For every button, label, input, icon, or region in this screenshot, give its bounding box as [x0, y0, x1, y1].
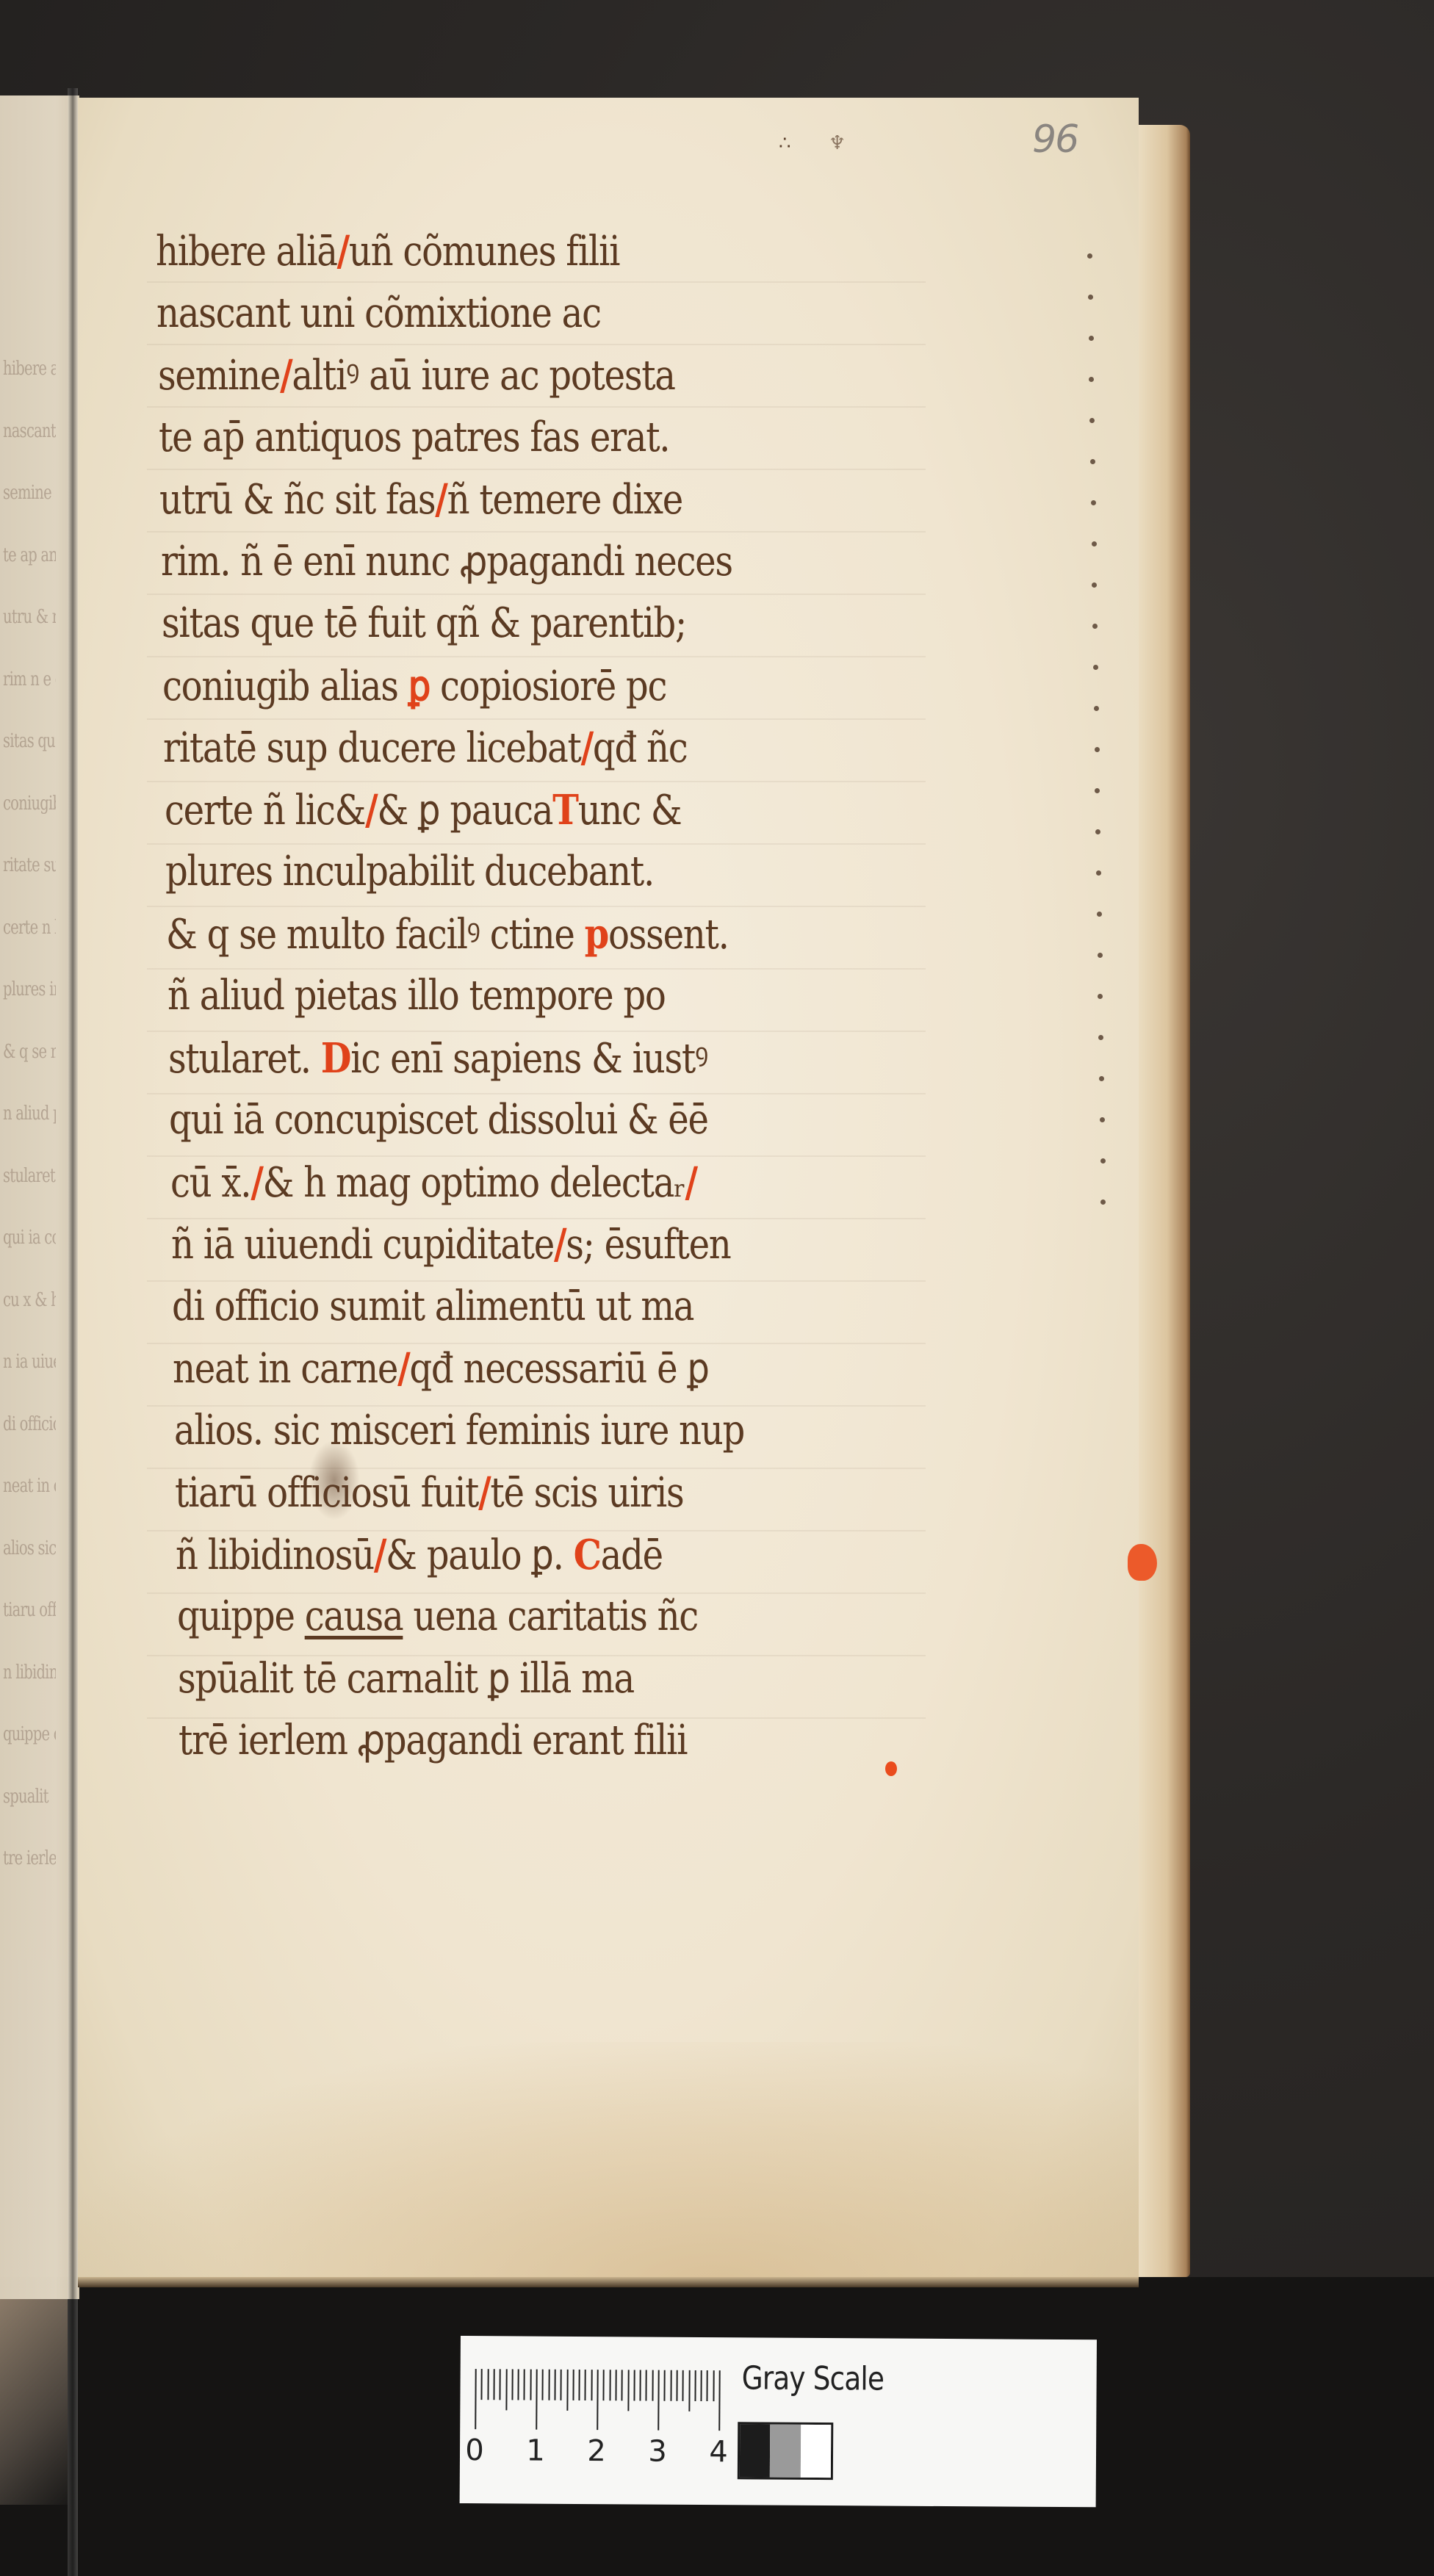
bleed-line: nascant uni: [3, 400, 56, 463]
bleed-line: te ap antiq: [3, 524, 56, 587]
text-segment: spūalit tē carnalit ꝑ illā ma: [178, 1655, 634, 1703]
ruler-tick: [670, 2370, 671, 2401]
ruler-tick: [615, 2370, 616, 2400]
previous-page-text-bleed: hibere alianascant unisemine altite ap a…: [3, 338, 56, 1890]
bleed-line: n aliud p: [3, 1083, 56, 1145]
ruler-tick: [652, 2370, 653, 2401]
text-segment: & q se multo facilꝰ ctine: [166, 911, 585, 959]
centimeter-ruler: 01234: [475, 2369, 721, 2458]
ruler-tick: [718, 2370, 721, 2431]
manuscript-line: trē ierlem ꝓpagandi erant filii: [179, 1710, 816, 1772]
bleed-line: tiaru offi: [3, 1579, 56, 1642]
bleed-line: spualit: [3, 1766, 56, 1828]
red-ink-dot: [885, 1761, 897, 1776]
previous-page-shadow: [0, 2299, 68, 2505]
gray-scale-swatches: [738, 2422, 833, 2480]
manuscript-line: sitas que tē fuit qñ & parentib;: [162, 593, 814, 655]
prick-mark: [1100, 1117, 1105, 1122]
text-segment: plures inculpabilit ducebant.: [165, 848, 654, 895]
manuscript-line: ñ libidinosū/& paulo ꝑ. Cadē: [176, 1524, 815, 1587]
ruler-tick: [548, 2370, 550, 2400]
manuscript-line: neat in carne/qđ necessariū ē ꝑ: [173, 1338, 815, 1400]
bleed-line: qui ia co: [3, 1207, 56, 1269]
ruler-tick: [713, 2370, 714, 2401]
ruler-tick: [682, 2370, 684, 2401]
text-segment: ritatē sup ducere licebat: [163, 724, 581, 772]
text-segment: alios. sic misceri feminis iure nup: [174, 1407, 744, 1454]
prick-mark: [1089, 336, 1094, 341]
rubric-mark: /: [478, 1468, 490, 1517]
rubric-mark: /: [685, 1158, 696, 1207]
text-segment: tē scis uiris: [490, 1469, 683, 1517]
rubric-mark: D: [321, 1034, 350, 1083]
manuscript-line: te ap̄ antiquos patres fas erat.: [159, 407, 813, 469]
rubric-mark: p: [585, 910, 608, 959]
text-segment: stularet.: [168, 1035, 321, 1083]
bleed-line: n ia uiue: [3, 1331, 56, 1393]
ruler-tick: [640, 2370, 641, 2400]
text-segment: uñ cõmunes filii: [349, 228, 619, 275]
text-segment: ossent.: [608, 911, 729, 959]
ruler-tick: [591, 2370, 592, 2400]
text-segment: ñ iā uiuendi cupiditate: [171, 1221, 554, 1269]
ruler-tick: [487, 2369, 489, 2400]
rubric-mark: /: [374, 1531, 386, 1579]
rubric-mark: /: [337, 227, 349, 275]
ruler-tick: [657, 2370, 660, 2431]
text-segment: di officio sumit alimentū ut ma: [172, 1282, 693, 1330]
text-segment: unc &: [577, 787, 681, 834]
text-segment: copiosiorē pc: [430, 663, 666, 710]
rubric-mark: /: [397, 1344, 409, 1393]
bleed-line: coniugib: [3, 773, 56, 835]
text-segment: altiꝰ aū iure ac potesta: [292, 352, 674, 400]
text-segment: te ap̄ antiquos patres fas erat.: [159, 414, 669, 461]
manuscript-text-block: hibere aliā/uñ cõmunes filiinascant uni …: [156, 220, 920, 1772]
ruler-tick: [597, 2370, 599, 2430]
prick-mark: [1096, 870, 1101, 876]
text-segment: trē ierlem ꝓpagandi erant filii: [179, 1717, 687, 1764]
bleed-line: rim n e enj: [3, 649, 56, 711]
manuscript-line: ritatē sup ducere licebat/qđ ñc: [163, 717, 813, 779]
prick-mark: [1087, 253, 1092, 259]
ruler-tick: [524, 2370, 525, 2400]
manuscript-line: plures inculpabilit ducebant.: [165, 841, 814, 903]
prick-mark: [1100, 1158, 1106, 1163]
manuscript-line: certe ñ lic&/& ꝑ paucaTunc &: [165, 779, 814, 842]
ruler-tick: [505, 2369, 507, 2410]
bleed-line: quippe ca: [3, 1703, 56, 1766]
ruler-tick: [530, 2370, 531, 2400]
ruler-tick: [511, 2369, 513, 2400]
manuscript-line: di officio sumit alimentū ut ma: [172, 1276, 815, 1338]
ruler-tick: [542, 2370, 544, 2400]
ruler-tick: [676, 2370, 677, 2401]
text-segment: ñ aliud pietas illo tempore po: [167, 972, 666, 1020]
ruler-tick: [621, 2370, 623, 2400]
ruler-tick: [572, 2370, 574, 2400]
manuscript-line: tiarū officiosū fuit/tē scis uiris: [175, 1462, 815, 1524]
text-segment: utrū & ñc sit fas: [159, 476, 435, 524]
ruler-tick: [701, 2370, 702, 2401]
prick-mark: [1093, 665, 1098, 670]
ruler-tick: [603, 2370, 605, 2400]
ruler-tick: [554, 2370, 555, 2400]
manuscript-line: alios. sic misceri feminis iure nup: [174, 1400, 815, 1462]
ruler-tick: [627, 2370, 629, 2411]
prick-mark: [1095, 747, 1100, 752]
rubric-mark: /: [435, 475, 447, 524]
top-mark-flourish: ♆: [829, 132, 846, 154]
top-mark-dots: ∴: [779, 132, 791, 154]
bleed-line: utru & nc s: [3, 586, 56, 649]
ruler-label: 1: [526, 2434, 545, 2468]
bleed-line: ritate sup: [3, 834, 56, 897]
rubric-mark: /: [280, 351, 292, 400]
scale-card: 01234 Gray Scale: [460, 2336, 1097, 2507]
rubric-mark: C: [574, 1531, 601, 1579]
folio-right-edge: [1139, 125, 1190, 2277]
gray-swatch: [800, 2425, 831, 2478]
text-segment: certe ñ lic&: [165, 787, 365, 834]
ruler-tick: [664, 2370, 666, 2401]
gray-swatch: [740, 2424, 771, 2477]
bleed-line: n libidin: [3, 1642, 56, 1704]
prick-mark: [1097, 912, 1102, 917]
ruler-tick: [493, 2369, 494, 2400]
ruler-tick: [707, 2370, 708, 2401]
manuscript-line: spūalit tē carnalit ꝑ illā ma: [178, 1648, 816, 1711]
gray-scale-label: Gray Scale: [741, 2359, 884, 2398]
ruler-tick: [609, 2370, 610, 2400]
text-segment: adē: [601, 1531, 663, 1579]
ruler-tick: [633, 2370, 635, 2400]
ruler-tick: [518, 2369, 519, 2400]
ruler-tick: [585, 2370, 586, 2400]
text-segment: & ꝑ pauca: [377, 787, 552, 834]
prick-mark: [1098, 953, 1103, 958]
rubric-mark: /: [581, 724, 593, 772]
text-segment: causa: [304, 1592, 403, 1640]
text-segment: qui iā concupiscet dissolui & ēē: [169, 1096, 708, 1144]
bleed-line: tre ierle: [3, 1828, 56, 1890]
text-segment: rim. ñ ē enī nunc ꝓpagandi neces: [161, 538, 732, 585]
prick-mark: [1088, 295, 1093, 300]
red-ink-blot: [1128, 1544, 1157, 1581]
ruler-tick: [481, 2369, 483, 2400]
ruler-tick: [500, 2369, 501, 2400]
ruler-tick: [561, 2370, 562, 2400]
ruler-label: 2: [587, 2434, 606, 2468]
folio-bottom-edge: [78, 2277, 1139, 2287]
rubric-mark: /: [365, 786, 377, 834]
text-segment: coniugib alias: [162, 663, 408, 710]
text-segment: ic enī sapiens & iustꝰ: [350, 1035, 707, 1083]
bleed-line: semine alti: [3, 462, 56, 524]
rubric-mark: T: [552, 786, 578, 834]
folio-number: 96: [1032, 118, 1078, 162]
manuscript-line: quippe causa uena caritatis ñc: [177, 1586, 816, 1648]
ruler-label: 0: [465, 2434, 484, 2467]
manuscript-line: hibere aliā/uñ cõmunes filii: [156, 220, 813, 283]
manuscript-line: nascant uni cõmixtione ac: [156, 283, 813, 345]
ruler-tick: [694, 2370, 696, 2401]
text-segment: cū x̄.: [170, 1159, 251, 1207]
text-segment: & h mag optimo delectaᵣ: [262, 1159, 685, 1207]
ruler-tick: [579, 2370, 580, 2400]
manuscript-line: stularet. Dic enī sapiens & iustꝰ: [168, 1028, 815, 1090]
rubric-mark: /: [251, 1158, 262, 1207]
bleed-line: cu x & h: [3, 1269, 56, 1332]
text-segment: hibere aliā: [156, 228, 337, 275]
manuscript-line: utrū & ñc sit fas/ñ temere dixe: [159, 469, 813, 531]
bleed-line: plures in: [3, 959, 56, 1021]
bleed-line: & q se mu: [3, 1021, 56, 1083]
ruler-label: 4: [709, 2435, 728, 2469]
text-segment: qđ necessariū ē ꝑ: [410, 1345, 709, 1393]
bleed-line: stularet.: [3, 1145, 56, 1208]
text-segment: neat in carne: [173, 1345, 397, 1393]
ruler-tick: [536, 2370, 538, 2430]
bleed-line: neat in c: [3, 1455, 56, 1518]
prick-mark: [1094, 706, 1099, 711]
text-segment: quippe: [177, 1592, 305, 1640]
manuscript-line: rim. ñ ē enī nunc ꝓpagandi neces: [161, 531, 814, 594]
rubric-mark: /: [554, 1220, 566, 1269]
manuscript-line: cū x̄./& h mag optimo delectaᵣ/: [170, 1152, 815, 1214]
prick-mark: [1099, 1076, 1104, 1081]
ruler-tick: [688, 2370, 690, 2411]
bleed-line: hibere alia: [3, 338, 56, 400]
text-segment: uena caritatis ñc: [403, 1592, 698, 1640]
text-segment: qđ ñc: [593, 724, 688, 772]
text-segment: nascant uni cõmixtione ac: [156, 289, 601, 337]
bleed-line: alios sic: [3, 1518, 56, 1580]
text-segment: sitas que tē fuit qñ & parentib;: [162, 599, 686, 647]
gray-swatch: [770, 2425, 801, 2478]
prick-mark: [1092, 541, 1097, 546]
ruler-label: 3: [648, 2435, 667, 2469]
manuscript-line: qui iā concupiscet dissolui & ēē: [169, 1089, 815, 1152]
manuscript-line: & q se multo facilꝰ ctine possent.: [166, 903, 814, 966]
text-segment: ñ temere dixe: [447, 476, 682, 524]
bleed-line: di officio: [3, 1393, 56, 1456]
prick-mark: [1091, 500, 1096, 505]
bleed-line: sitas que: [3, 710, 56, 773]
text-segment: s; ēsuften: [566, 1221, 730, 1269]
manuscript-line: semine/altiꝰ aū iure ac potesta: [158, 344, 813, 407]
text-segment: & paulo ꝑ.: [386, 1531, 573, 1579]
bleed-line: certe n li: [3, 897, 56, 959]
ruler-tick: [566, 2370, 568, 2411]
rubric-mark: ꝑ: [408, 662, 430, 710]
text-segment: ñ libidinosū: [176, 1531, 374, 1579]
text-segment: semine: [158, 352, 280, 400]
ruler-tick: [646, 2370, 647, 2401]
manuscript-line: ñ iā uiuendi cupiditate/s; ēsuften: [171, 1213, 815, 1276]
manuscript-line: ñ aliud pietas illo tempore po: [167, 965, 815, 1028]
glass-holder-strip: [68, 88, 78, 2576]
ink-smudge: [309, 1440, 360, 1520]
prick-mark: [1090, 459, 1095, 464]
ruler-tick: [475, 2369, 477, 2429]
manuscript-line: coniugib alias ꝑ copiosiorē pc: [162, 655, 814, 718]
